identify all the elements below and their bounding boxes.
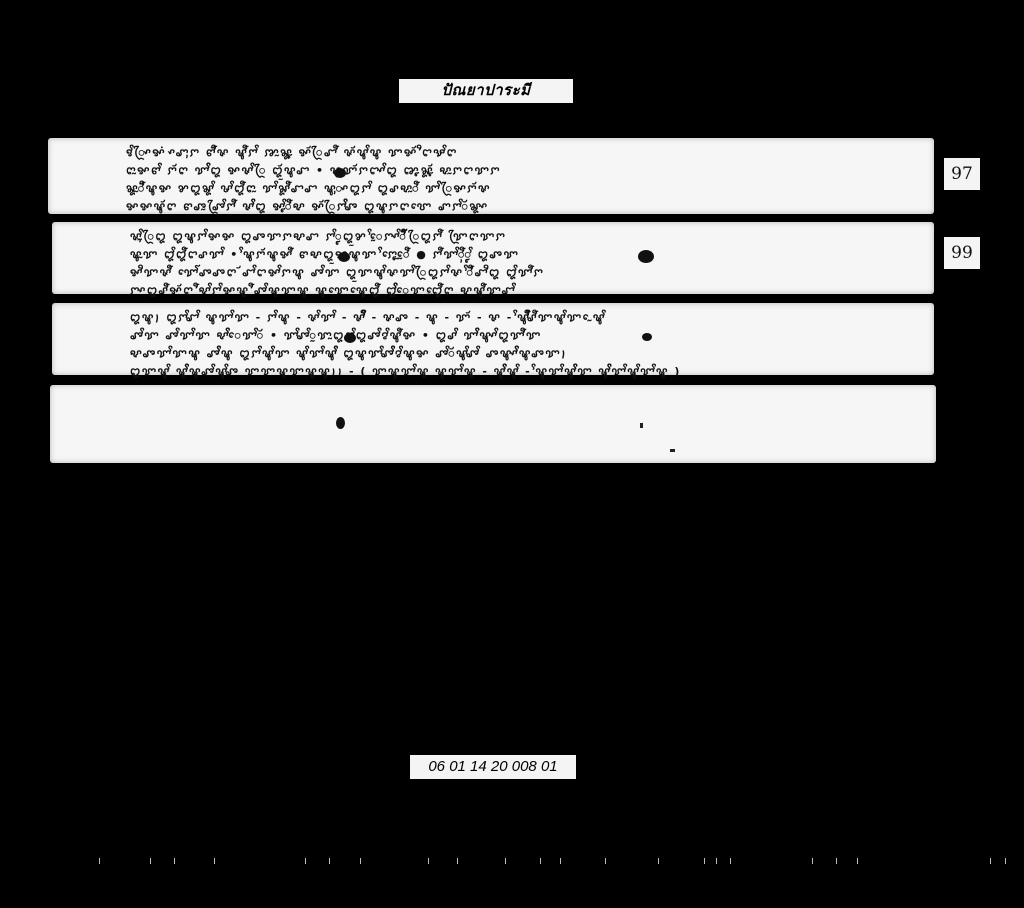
manuscript-viewer: ปัณยาปาระมี ꨅꨩꨴꨳꨀꩌ ꨳꨚꨲꨆ ꨓꨬꨮꨟ ꨡꨬꨆꨩ ꨇꨭꨘꨵ ꨀ… — [0, 0, 1024, 908]
text-line: ꨆꨳꨁꨣꨬꨀꨮꨈ ꨬꨦꨩꨆꨩꨀꨡ ꨬꨨꨩꨡꨢꨡ ꨡꨢꨯꨡꨯꨁꨬ ꨁꨩꨩꨯꨢꨁꨰꨬ… — [130, 282, 904, 300]
text-line: ꨨꨩꨢ ꨨꨩꨢꨩꨢ ꨦꨩꨩꨯꨢꨩꨮ • ꨢꨩꨨꨩꨭꨢꨭꨁꨆꨩꨁꨨꨩꨂꨩꨡꨬꨀ •… — [130, 327, 904, 345]
page-number-badge: 97 — [944, 158, 980, 190]
text-line: ꨦꨨꨢꨩꨢꨡ ꨨꨩꨩꨡ ꨁꨆꨩꨡꨩꨢ ꨡꨩꨢꨩꨡꨩꨩ ꨁꨡꨢꨩꨨꨩꨩꨂꨩꨡꨀ ꨨ… — [130, 345, 904, 363]
palm-leaf-3: ꨁꨡ꩝ ꨁꨆꨩꨧꨩ ꨡꨢꨩꨢ - ꨆꨩꨡ - ꨟꨩꨢꨩ - ꨟꨪꨩ - ꨟꨨ -… — [52, 303, 934, 375]
text-line: ꨀꨀꨡꨮꨈ ꨓꨨꨭꨨꨴꨩꨆꨬ ꨟꨩꨩꨁ ꨀꨵꨩꨬꨦ ꨀꨮꨴꨆꨩꨩꨨ ꨁꨡꨆꨈꨞꨯ… — [126, 198, 904, 216]
scan-edge-noise — [0, 855, 1024, 869]
text-line: ꨁꨡ꩝ ꨁꨆꨩꨧꨩ ꨡꨢꨩꨢ - ꨆꨩꨡ - ꨟꨩꨢꨩ - ꨟꨪꨩ - ꨟꨨ -… — [130, 309, 904, 327]
leaf-text: ꨁꨡ꩝ ꨁꨆꨩꨧꨩ ꨡꨢꨩꨢ - ꨆꨩꨡ - ꨟꨩꨢꨩ - ꨟꨪꨩ - ꨟꨨ -… — [130, 309, 904, 381]
page-number-badge: 99 — [944, 237, 980, 269]
binding-hole — [336, 417, 345, 429]
speck — [670, 449, 675, 452]
leaf-text: ꨟꨭꨲꨭꨩꨴꨁ ꨁꨡꨆꨩꨀꨀ ꨁꨨꨢꨆꨦꨧ ꨆꨩꨵꨁꨭꨌ ꨩꨰꨆꨳꨩꨱꨮꨬꨴꨁꨆ… — [130, 228, 904, 300]
palm-leaf-1: ꨅꨩꨴꨳꨀꩌ ꨳꨚꨲꨆ ꨓꨬꨮꨟ ꨡꨬꨆꨩ ꨇꨭꨘꨵ ꨀꨮꨴꨧꨬ ꨟꨮꨥꨩꨥ ꨢ… — [48, 138, 934, 214]
text-line: ꨡꨭꨢ ꨁꨩꨁꨬꨤꨣꨢꨩ • ꨩꨡꨆꨮꨡꨀꨬ ꨓꨦꨁꨭꨀꨡꨢ ꨩꨆꨵꨯꨭꨰꨬ ●… — [130, 246, 904, 264]
manuscript-title-label: ปัณยาปาระมี — [399, 79, 573, 103]
text-line: ꨀꨪꨢꨟꨬ ꨢꨯꨱꨨꨨꨈ ꨮꨧꨩꨤꨀꨩꨆꨥ ꨨꨩꨢ ꨁꨭꨢꨡꨩꨟꨢꨩꨴꨁꨆꨩꨟ … — [130, 264, 904, 282]
text-line: ꨅꨩꨴꨳꨀꩌ ꨳꨚꨲꨆ ꨓꨬꨮꨟ ꨡꨬꨆꨩ ꨇꨭꨘꨵ ꨀꨮꨴꨧꨬ ꨟꨮꨥꨩꨥ ꨢ… — [126, 144, 904, 162]
text-line: ꨁꨢꨡꨩ ꨡꨩꨩꨡꨨꨩꨡꨩꨨ ꨢꨢꨡꨢꨡꨡ꩝꩝ - ( ꨢꨡꨢꨩꨡ ꨡꨢꨩꨡ -… — [130, 363, 904, 381]
leaf-text: ꨅꨩꨴꨳꨀꩌ ꨳꨚꨲꨆ ꨓꨬꨮꨟ ꨡꨬꨆꨩ ꨇꨭꨘꨵ ꨀꨮꨴꨧꨬ ꨟꨮꨥꨩꨥ ꨢ… — [126, 144, 904, 216]
text-line: ꨘꨭꨬꨮꨡꨀ ꨌꨁꨘꨩ ꨔꨩꨁꨬꨈꨭ ꨢꨩꨙꨬꨧꨧ ꨡꨲꨳꨁꨆꨩ ꨁꨣꨦꨭꨬ ꨢ… — [126, 180, 904, 198]
catalog-code-label: 06 01 14 20 008 01 — [410, 755, 576, 779]
text-line: ꨈꨭꨀꨓꨩ ꨆꨮꨈ ꨢꨩꨩꨁ ꨀꨟꨩꨴ ꨁꨮꨭꨥꨧ • ꨥꨢꨮꨆꨤꨳꨩꨁ ꨐꨵꨙ… — [126, 162, 904, 180]
text-line: ꨟꨭꨲꨭꨩꨴꨁ ꨁꨡꨆꨩꨀꨀ ꨁꨨꨢꨆꨦꨧ ꨆꨩꨵꨁꨭꨌ ꨩꨰꨆꨳꨩꨱꨮꨬꨴꨁꨆ… — [130, 228, 904, 246]
speck — [640, 423, 643, 428]
palm-leaf-4-blank — [50, 385, 936, 463]
palm-leaf-2: ꨟꨭꨲꨭꨩꨴꨁ ꨁꨡꨆꨩꨀꨀ ꨁꨨꨢꨆꨦꨧ ꨆꨩꨵꨁꨭꨌ ꨩꨰꨆꨳꨩꨱꨮꨬꨴꨁꨆ… — [52, 222, 934, 294]
